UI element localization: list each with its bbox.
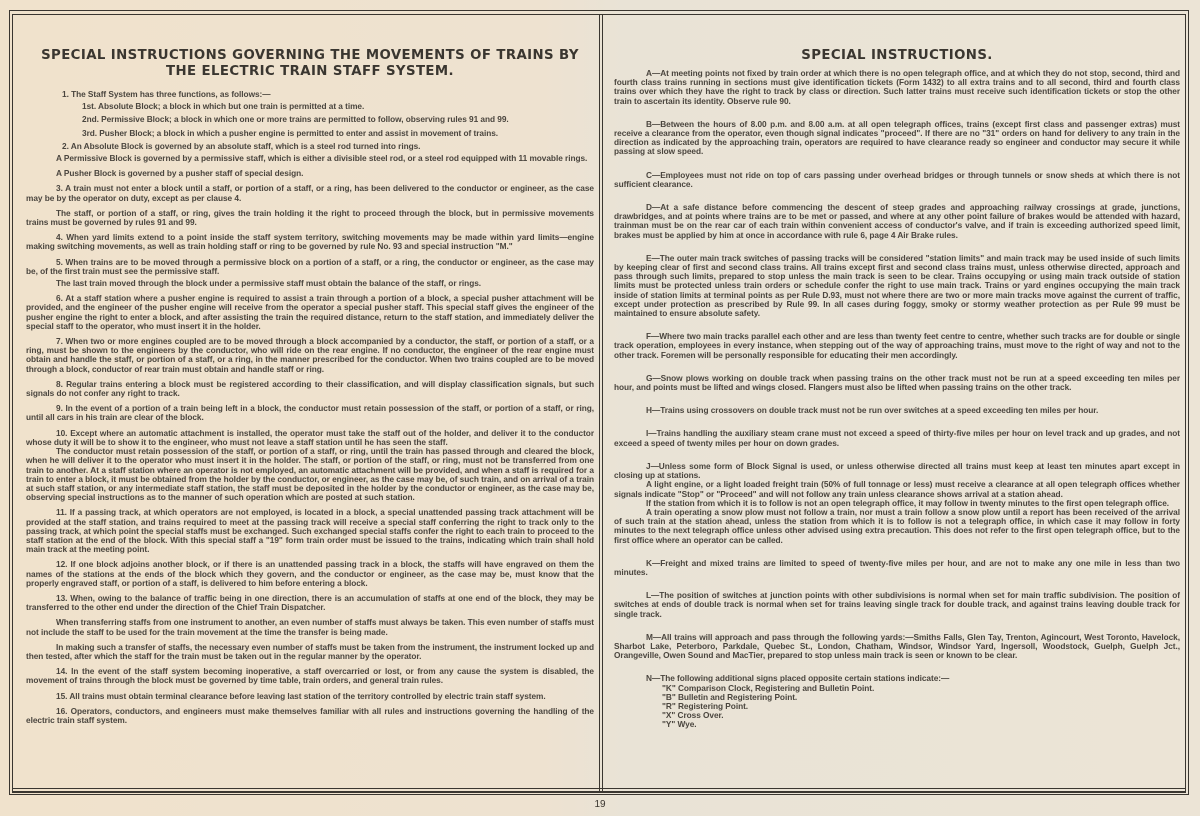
rule-14: 14. In the event of the staff system bec… (26, 667, 594, 685)
page-number: 19 (589, 799, 611, 810)
sign-y: "Y" Wye. (662, 720, 1180, 729)
rule-13: 13. When, owing to the balance of traffi… (26, 594, 594, 612)
rule-2-pusher: A Pusher Block is governed by a pusher s… (26, 169, 594, 178)
rule-13-c: In making such a transfer of staffs, the… (26, 643, 594, 661)
rule-16: 16. Operators, conductors, and engineers… (26, 707, 594, 725)
rule-9: 9. In the event of a portion of a train … (26, 404, 594, 422)
instruction-l: L—The position of switches at junction p… (614, 591, 1180, 619)
rule-3-b: The staff, or portion of a staff, or rin… (26, 209, 594, 227)
station-signs-list: "K" Comparison Clock, Registering and Bu… (662, 684, 1180, 730)
instruction-i: I—Trains handling the auxiliary steam cr… (614, 429, 1180, 447)
instruction-a: A—At meeting points not fixed by train o… (614, 69, 1180, 106)
rule-10: 10. Except where an automatic attachment… (26, 429, 594, 447)
instruction-j: J—Unless some form of Block Signal is us… (614, 462, 1180, 480)
rule-1-intro: 1. The Staff System has three functions,… (36, 90, 594, 99)
rule-3: 3. A train must not enter a block until … (26, 184, 594, 202)
instruction-j-snow-plow: A train operating a snow plow must not f… (614, 508, 1180, 545)
rule-5: 5. When trains are to be moved through a… (26, 258, 594, 276)
instruction-e: E—The outer main track switches of passi… (614, 254, 1180, 318)
rule-10-b: The conductor must retain possession of … (26, 447, 594, 502)
rule-5-b: The last train moved through the block u… (26, 279, 594, 288)
rule-12: 12. If one block adjoins another block, … (26, 560, 594, 588)
sign-r: "R" Registering Point. (662, 702, 1180, 711)
rule-4: 4. When yard limits extend to a point in… (26, 233, 594, 251)
rule-2: 2. An Absolute Block is governed by an a… (36, 142, 594, 151)
column-divider (599, 14, 603, 793)
bottom-rule (12, 788, 1186, 792)
rule-2-permissive: A Permissive Block is governed by a perm… (26, 154, 594, 163)
instruction-f: F—Where two main tracks parallel each ot… (614, 332, 1180, 360)
rule-15: 15. All trains must obtain terminal clea… (26, 692, 594, 701)
instruction-c: C—Employees must not ride on top of cars… (614, 171, 1180, 189)
instruction-b: B—Between the hours of 8.00 p.m. and 8.0… (614, 120, 1180, 157)
rule-1-item-2: 2nd. Permissive Block; a block in which … (82, 115, 594, 124)
left-column-staff-system: SPECIAL INSTRUCTIONS GOVERNING THE MOVEM… (26, 40, 594, 731)
rule-6: 6. At a staff station where a pusher eng… (26, 294, 594, 331)
rule-13-b: When transferring staffs from one instru… (26, 618, 594, 636)
instruction-j-light-engine: A light engine, or a light loaded freigh… (614, 480, 1180, 498)
instruction-k: K—Freight and mixed trains are limited t… (614, 559, 1180, 577)
rule-8: 8. Regular trains entering a block must … (26, 380, 594, 398)
document-page: SPECIAL INSTRUCTIONS GOVERNING THE MOVEM… (0, 0, 1200, 816)
instruction-d: D—At a safe distance before commencing t… (614, 203, 1180, 240)
instruction-m: M—All trains will approach and pass thro… (614, 633, 1180, 661)
instruction-h: H—Trains using crossovers on double trac… (614, 406, 1180, 415)
right-column-special-instructions: SPECIAL INSTRUCTIONS. A—At meeting point… (614, 40, 1180, 730)
rule-1-item-3: 3rd. Pusher Block; a block in which a pu… (82, 129, 594, 138)
rule-7: 7. When two or more engines coupled are … (26, 337, 594, 374)
right-title: SPECIAL INSTRUCTIONS. (614, 48, 1180, 64)
instruction-g: G—Snow plows working on double track whe… (614, 374, 1180, 392)
rule-1-item-1: 1st. Absolute Block; a block in which bu… (82, 102, 594, 111)
sign-x: "X" Cross Over. (662, 711, 1180, 720)
left-title: SPECIAL INSTRUCTIONS GOVERNING THE MOVEM… (26, 48, 594, 80)
rule-11: 11. If a passing track, at which operato… (26, 508, 594, 554)
